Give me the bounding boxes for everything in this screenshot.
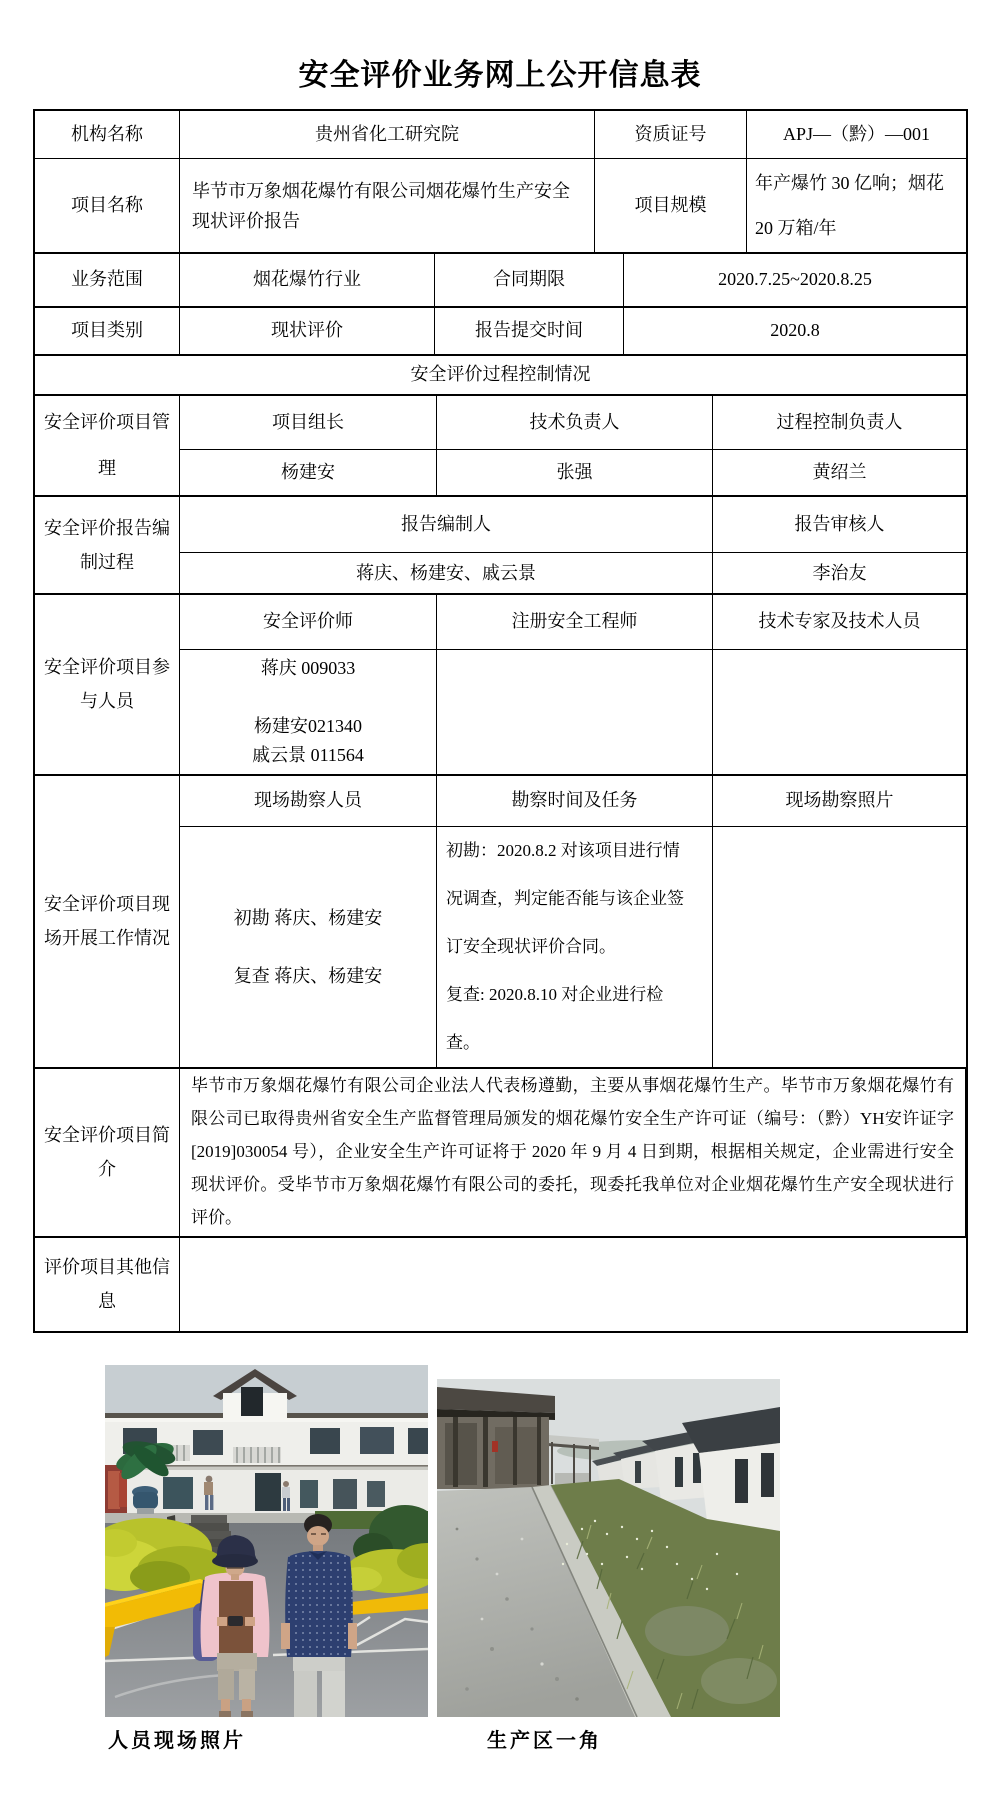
cert-no-label: 资质证号 (595, 111, 747, 159)
survey-personnel-header: 现场勘察人员 (180, 775, 437, 827)
survey-task-header: 勘察时间及任务 (437, 775, 713, 827)
expert-header: 技术专家及技术人员 (713, 594, 966, 650)
site-work-label: 安全评价项目现 场开展工作情况 (35, 775, 180, 1068)
org-name-label: 机构名称 (35, 111, 180, 159)
report-reviewer-header: 报告审核人 (713, 496, 966, 553)
submit-time-label: 报告提交时间 (435, 307, 624, 355)
report-reviewer-value: 李治友 (713, 553, 966, 594)
category-label: 项目类别 (35, 307, 180, 355)
submit-time-value: 2020.8 (624, 307, 966, 355)
document-page: { "title": "安全评价业务网上公开信息表", "info": { "o… (0, 0, 1000, 1813)
project-name-label: 项目名称 (35, 159, 180, 253)
report-writers-value: 蒋庆、杨建安、戚云景 (180, 553, 713, 594)
evaluator-value: 蒋庆 009033 杨建安021340 戚云景 011564 (180, 650, 437, 775)
contract-period-label: 合同期限 (435, 253, 624, 307)
tech-lead-value: 张强 (437, 450, 713, 496)
expert-value (713, 650, 966, 775)
divider-line (35, 593, 966, 595)
divider-line (35, 1236, 966, 1238)
production-area-scene (437, 1379, 780, 1717)
divider-line (35, 1067, 966, 1069)
personnel-photo-scene (105, 1365, 428, 1717)
left-photo-caption: 人员现场照片 (108, 1724, 246, 1753)
other-info-label: 评价项目其他信 息 (35, 1237, 180, 1331)
survey-photo-header: 现场勘察照片 (713, 775, 966, 827)
production-area-photo (437, 1379, 780, 1717)
scope-label: 业务范围 (35, 253, 180, 307)
report-writer-header: 报告编制人 (180, 496, 713, 553)
leader-header: 项目组长 (180, 395, 437, 450)
divider-line (35, 252, 966, 254)
personnel-photo (105, 1365, 428, 1717)
right-photo-caption: 生产区一角 (487, 1724, 602, 1753)
divider-line (35, 306, 966, 308)
engineer-value (437, 650, 713, 775)
org-name-value: 贵州省化工研究院 (180, 111, 595, 159)
divider-line (35, 774, 966, 776)
leader-value: 杨建安 (180, 450, 437, 496)
doc-table: 机构名称 贵州省化工研究院 资质证号 APJ—（黔）—001 项目名称 毕节市万… (33, 109, 968, 1333)
process-control-header: 安全评价过程控制情况 (35, 355, 966, 395)
project-intro-text: 毕节市万象烟花爆竹有限公司企业法人代表杨遵勤，主要从事烟花爆竹生产。毕节市万象烟… (180, 1068, 966, 1237)
divider-line (35, 394, 966, 396)
scope-value: 烟花爆竹行业 (180, 253, 435, 307)
report-process-label: 安全评价报告编 制过程 (35, 496, 180, 594)
cert-no-value: APJ—（黔）—001 (747, 111, 966, 159)
process-lead-value: 黄绍兰 (713, 450, 966, 496)
page-title: 安全评价业务网上公开信息表 (0, 50, 1000, 94)
divider-line (35, 354, 966, 356)
project-scale-label: 项目规模 (595, 159, 747, 253)
shed (437, 1387, 555, 1489)
survey-photo-value (713, 827, 966, 1068)
tech-lead-header: 技术负责人 (437, 395, 713, 450)
survey-task-value: 初勘：2020.8.2 对该项目进行情况调查，判定能否能与该企业签订安全现状评价… (437, 827, 713, 1068)
project-scale-value: 年产爆竹 30 亿响；烟花 20 万箱/年 (747, 159, 966, 253)
divider-line (35, 495, 966, 497)
project-name-value: 毕节市万象烟花爆竹有限公司烟花爆竹生产安全现状评价报告 (180, 159, 595, 253)
process-lead-header: 过程控制负责人 (713, 395, 966, 450)
participants-label: 安全评价项目参 与人员 (35, 594, 180, 775)
engineer-header: 注册安全工程师 (437, 594, 713, 650)
management-label: 安全评价项目管 理 (35, 395, 180, 496)
other-info-value (180, 1237, 966, 1331)
category-value: 现状评价 (180, 307, 435, 355)
project-intro-label: 安全评价项目简 介 (35, 1068, 180, 1237)
contract-period-value: 2020.7.25~2020.8.25 (624, 253, 966, 307)
evaluator-header: 安全评价师 (180, 594, 437, 650)
survey-personnel-value: 初勘 蒋庆、杨建安 复查 蒋庆、杨建安 (180, 827, 437, 1068)
